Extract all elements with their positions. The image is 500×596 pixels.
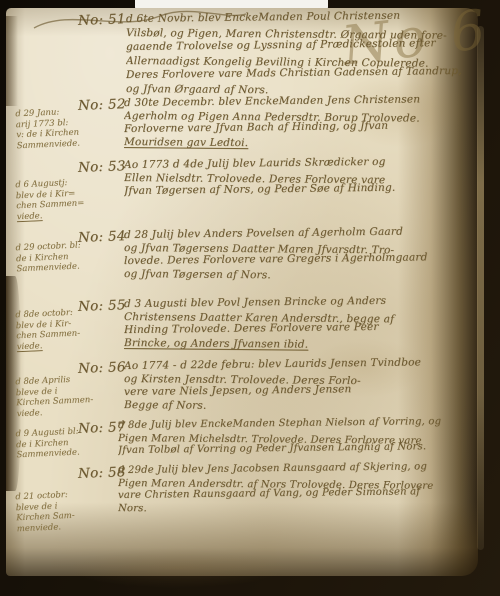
entry-number: No: 53 <box>78 158 126 176</box>
paper-stain <box>66 548 286 588</box>
margin-note: d 29 Janu: arij 1773 bl: v: de i Kirchen… <box>15 105 121 151</box>
margin-note: d 6 Augustj: blev de i Kir= chen Sammen=… <box>15 176 121 222</box>
margin-note: d 29 octobr. bl: de i Kirchen Sammenvied… <box>15 239 120 275</box>
entry-line: Nors. <box>118 503 478 519</box>
book-page-edges <box>477 26 484 550</box>
margin-note: d 8de Aprilis bleve de i Kirchen Sammen-… <box>15 373 121 419</box>
photo-frame: No 6 No: 51 d 6te Novbr. blev EnckeMande… <box>0 0 500 596</box>
entry-line: Deres Forlovere vare Mads Christian Gade… <box>126 64 472 82</box>
entry-number: No: 51 <box>78 11 126 29</box>
margin-note: d 21 octobr: bleve de i Kirchen Sam- men… <box>15 488 121 534</box>
entry-line: d 6te Novbr. blev EnckeManden Poul Chris… <box>126 8 472 26</box>
margin-note: d 9 Augusti bl: de i Kirchen Sammenviede… <box>15 425 120 461</box>
margin-note: d 8de octobr: blev de i Kir- chen Sammen… <box>15 306 121 352</box>
entry-line: gaaende Trolovelse og Lyssning af Prædic… <box>126 36 472 54</box>
aging-blotch <box>6 16 18 106</box>
